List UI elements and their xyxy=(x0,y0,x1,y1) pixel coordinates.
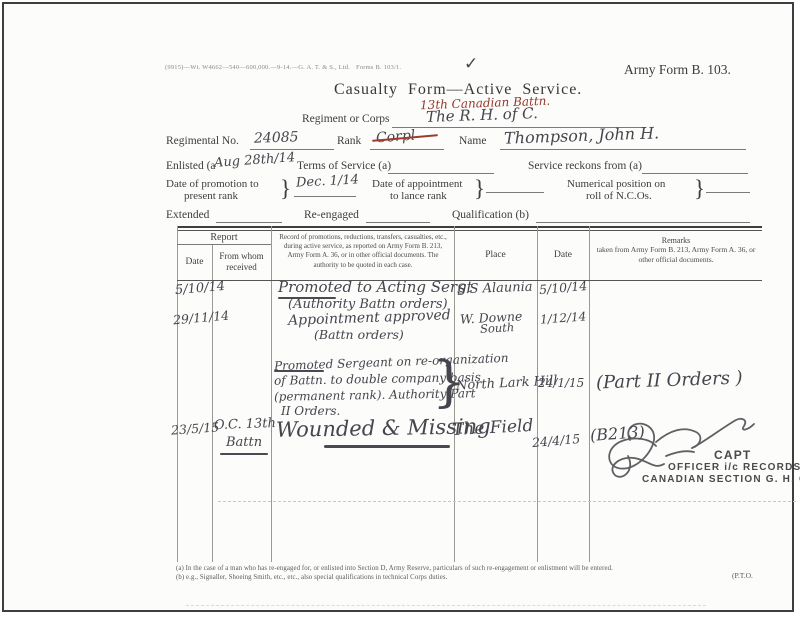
numerical-brace: } xyxy=(694,176,705,202)
entry-row4-place: The Field xyxy=(452,416,534,440)
entry-row4-date: 24/4/15 xyxy=(531,431,580,450)
stamp-section: CANADIAN SECTION G. H. Q. xyxy=(642,474,800,485)
regiment-value: The R. H. of C. xyxy=(426,104,538,126)
terms-label: Terms of Service (a) xyxy=(297,160,391,172)
stamp-office: OFFICER i/c RECORDS xyxy=(668,462,800,473)
report-date-header: Date xyxy=(177,257,212,267)
numerical-label-l1: Numerical position on xyxy=(567,178,665,190)
form-ref: Forms B. 103/1. xyxy=(356,64,401,71)
scanned-document: (9915)—Wt. W4662—540—600,000.—9-14.—G. A… xyxy=(0,0,800,618)
date-header: Date xyxy=(537,250,589,260)
qualification-label: Qualification (b) xyxy=(452,209,529,221)
regimental-no-label: Regimental No. xyxy=(166,135,239,147)
entry-row1-report-date: 5/10/14 xyxy=(174,279,225,298)
reckons-label: Service reckons from (a) xyxy=(528,160,642,172)
enlisted-value: Aug 28th/14 xyxy=(214,150,296,171)
reengaged-label: Re-engaged xyxy=(304,209,359,221)
numerical-label-l2: roll of N.C.Os. xyxy=(586,190,652,202)
footnote-b: (b) e.g., Signaller, Shoeing Smith, etc.… xyxy=(176,574,447,581)
army-form-ref: Army Form B. 103. xyxy=(624,62,731,78)
table-top-rule xyxy=(177,226,762,228)
entry-row2-date: 1/12/14 xyxy=(540,309,587,326)
place-header: Place xyxy=(454,250,537,260)
promotion-brace: } xyxy=(280,176,291,202)
entry-row3-underline xyxy=(274,370,324,372)
entry-row2-record-l2: (Battn orders) xyxy=(314,327,404,342)
entry-row3-date: 24/1/15 xyxy=(538,376,584,390)
name-label: Name xyxy=(459,135,486,147)
regiment-label: Regiment or Corps xyxy=(302,113,390,125)
name-value: Thompson, John H. xyxy=(504,123,660,147)
promotion-label-l2: present rank xyxy=(184,190,238,202)
rank-label: Rank xyxy=(337,135,361,147)
extended-label: Extended xyxy=(166,209,209,221)
entry-row4-record-underline xyxy=(324,445,450,448)
from-whom-header: From whom received xyxy=(212,251,271,273)
entry-row1-record-l1: Promoted to Acting Sergt xyxy=(278,278,473,296)
appointment-brace: } xyxy=(474,176,485,202)
scan-artifact-line xyxy=(218,501,796,502)
promotion-value: Dec. 1/14 xyxy=(296,172,360,190)
entry-row3-remark: (Part II Orders ) xyxy=(596,367,743,393)
tick-mark: ✓ xyxy=(464,54,478,74)
form-page: (9915)—Wt. W4662—540—600,000.—9-14.—G. A… xyxy=(2,2,794,612)
entry-row4-from-whom-underline xyxy=(220,453,268,455)
entry-row4-from-whom-l1: O.C. 13th xyxy=(214,416,276,433)
footnote-a: (a) In the case of a man who has re-enga… xyxy=(176,565,613,572)
remarks-header-text: taken from Army Form B. 213, Army Form A… xyxy=(594,245,758,265)
entry-row2-place-l2: South xyxy=(480,320,515,336)
scan-artifact-line xyxy=(186,605,706,606)
remarks-header-title: Remarks xyxy=(594,236,758,245)
appointment-label-l2: to lance rank xyxy=(390,190,447,202)
regimental-no-value: 24085 xyxy=(254,129,299,147)
entry-row4-from-whom-l2: Battn xyxy=(226,435,262,450)
entry-row2-report-date: 29/11/14 xyxy=(172,308,229,328)
entry-row1-place: S.S Alaunia xyxy=(457,280,533,298)
promotion-label-l1: Date of promotion to xyxy=(166,178,259,190)
enlisted-label: Enlisted (a xyxy=(166,160,216,172)
print-code: (9915)—Wt. W4662—540—600,000.—9-14.—G. A… xyxy=(165,64,350,71)
stamp-rank: CAPT xyxy=(714,448,751,462)
pto-note: (P.T.O. xyxy=(732,571,753,580)
appointment-label-l1: Date of appointment xyxy=(372,178,462,190)
entry-row1-date: 5/10/14 xyxy=(538,278,587,297)
record-header: Record of promotions, reductions, transf… xyxy=(277,233,449,270)
report-header: Report xyxy=(177,232,271,243)
